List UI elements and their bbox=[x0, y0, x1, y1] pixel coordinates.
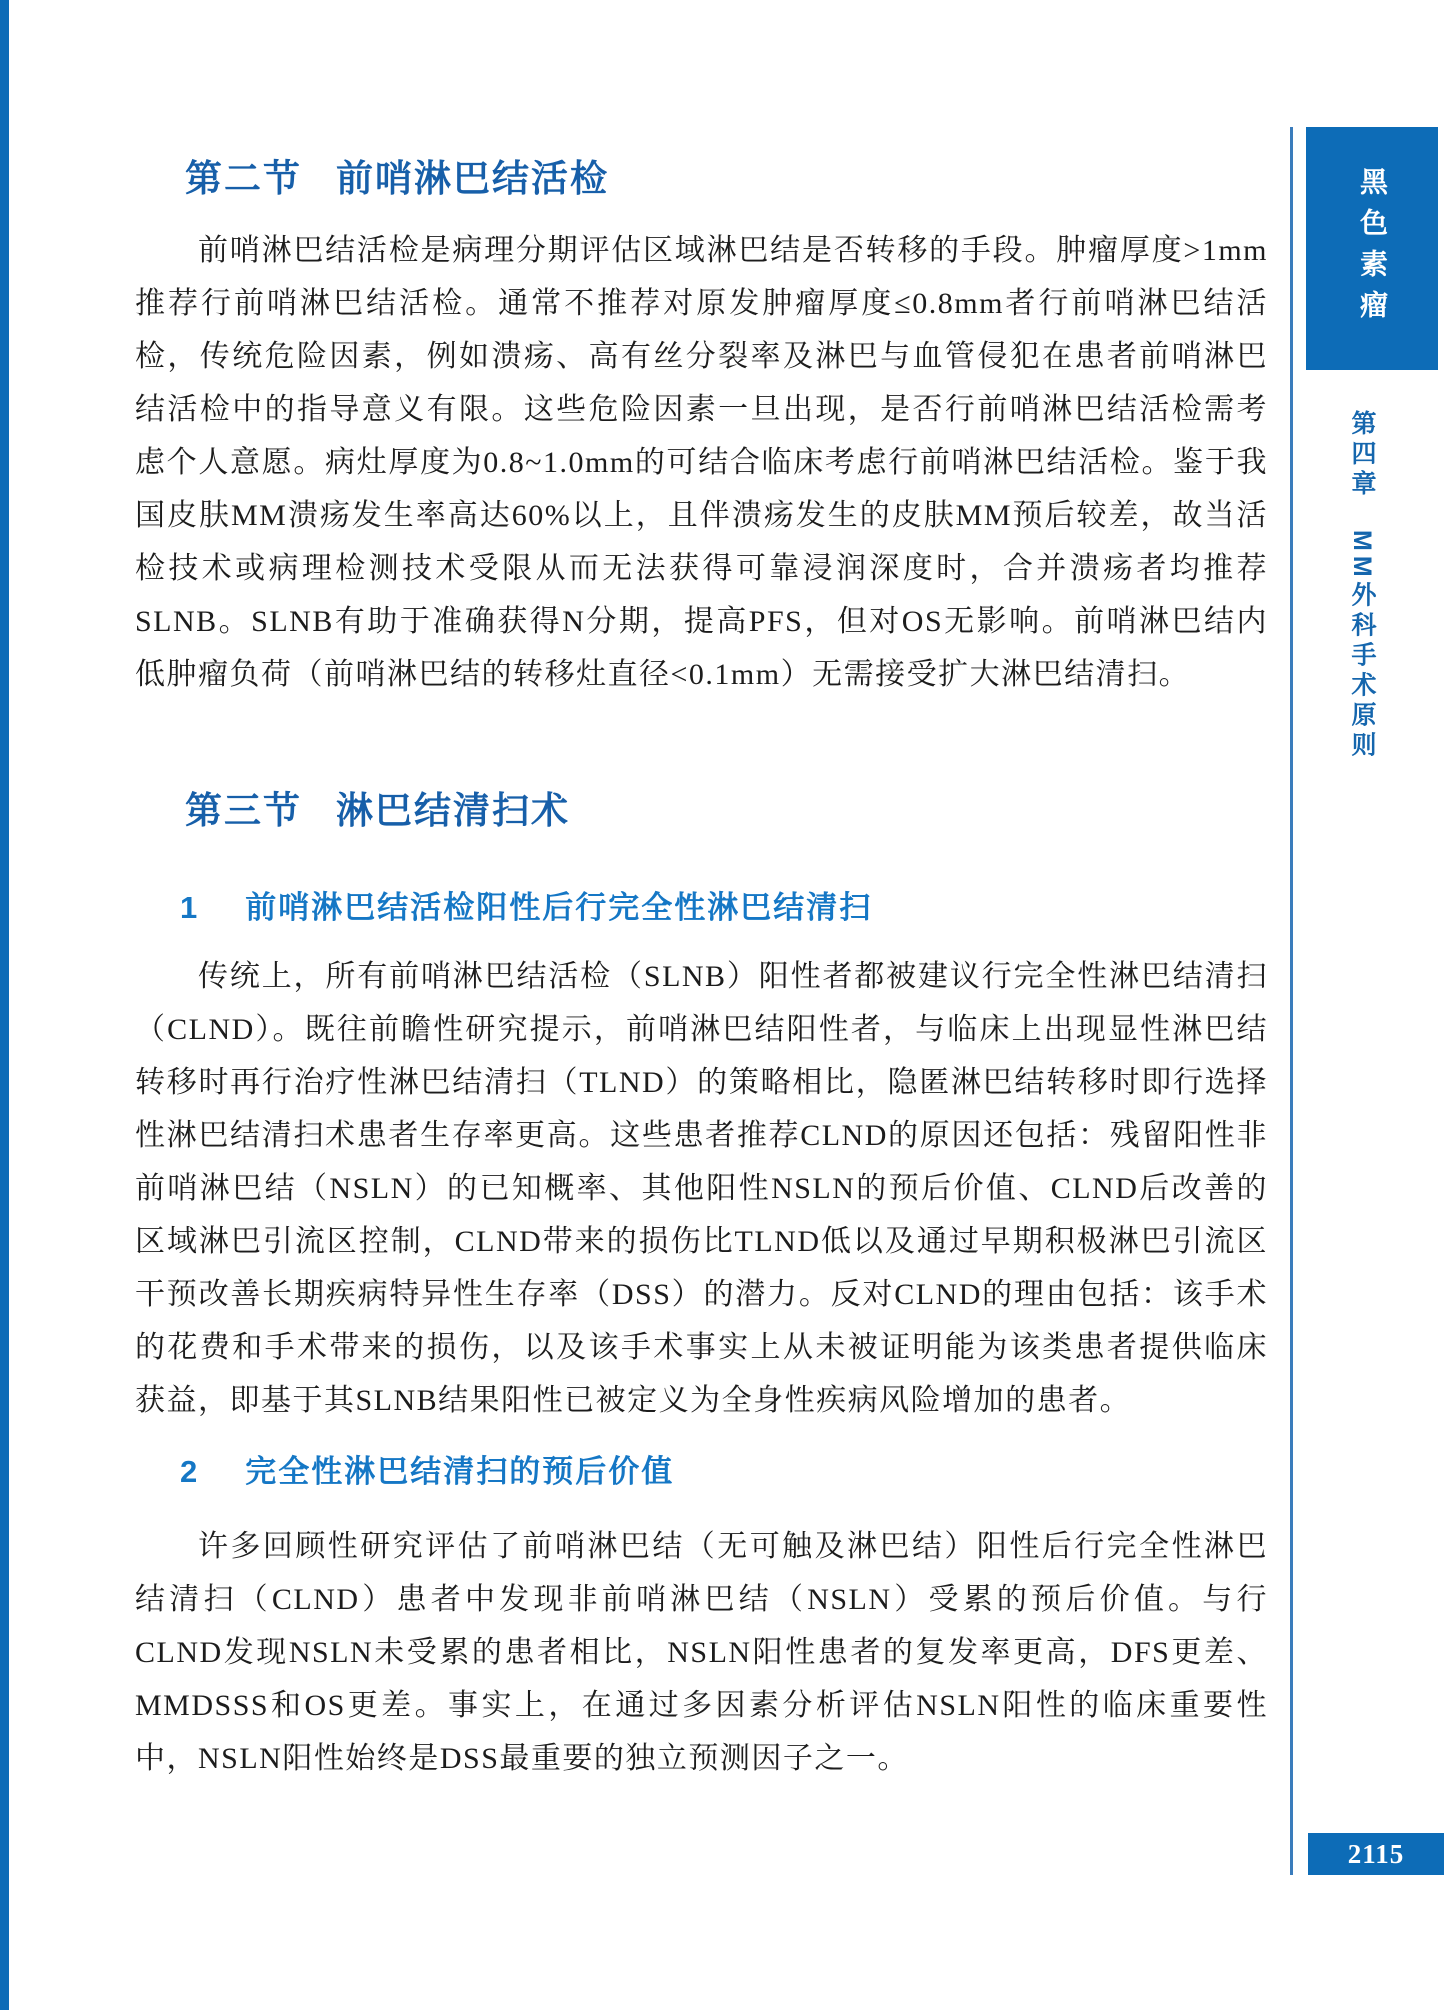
subsection-heading-2: 2完全性淋巴结清扫的预后价值 bbox=[180, 1446, 1130, 1491]
book-page: 第二节前哨淋巴结活检 前哨淋巴结活检是病理分期评估区域淋巴结是否转移的手段。肿瘤… bbox=[0, 0, 1444, 2010]
book-title-tab: 黑色素瘤 bbox=[1306, 127, 1438, 370]
book-title-vertical: 黑色素瘤 bbox=[1352, 167, 1392, 331]
left-edge-accent-bar bbox=[0, 0, 9, 2010]
section-number: 第二节 bbox=[185, 159, 302, 200]
sidebar-rule bbox=[1290, 127, 1293, 1875]
section-number: 第三节 bbox=[185, 791, 302, 832]
section-heading-2: 第二节前哨淋巴结活检 bbox=[185, 148, 1085, 202]
body-paragraph: 许多回顾性研究评估了前哨淋巴结（无可触及淋巴结）阳性后行完全性淋巴结清扫（CLN… bbox=[135, 1520, 1268, 1785]
page-number: 2115 bbox=[1348, 1839, 1405, 1870]
subsection-number: 2 bbox=[180, 1454, 199, 1489]
subsection-title: 完全性淋巴结清扫的预后价值 bbox=[245, 1454, 674, 1489]
section-title: 淋巴结清扫术 bbox=[336, 791, 570, 832]
chapter-label-vertical: 第四章 MM外科手术原则 bbox=[1344, 410, 1380, 762]
body-paragraph: 传统上，所有前哨淋巴结活检（SLNB）阳性者都被建议行完全性淋巴结清扫（CLND… bbox=[135, 950, 1268, 1427]
page-number-box: 2115 bbox=[1308, 1833, 1444, 1875]
subsection-heading-1: 1前哨淋巴结活检阳性后行完全性淋巴结清扫 bbox=[180, 882, 1130, 927]
section-heading-3: 第三节淋巴结清扫术 bbox=[185, 780, 1085, 834]
subsection-number: 1 bbox=[180, 890, 199, 925]
body-paragraph: 前哨淋巴结活检是病理分期评估区域淋巴结是否转移的手段。肿瘤厚度>1mm推荐行前哨… bbox=[135, 224, 1268, 701]
section-title: 前哨淋巴结活检 bbox=[336, 159, 609, 200]
subsection-title: 前哨淋巴结活检阳性后行完全性淋巴结清扫 bbox=[245, 890, 872, 925]
